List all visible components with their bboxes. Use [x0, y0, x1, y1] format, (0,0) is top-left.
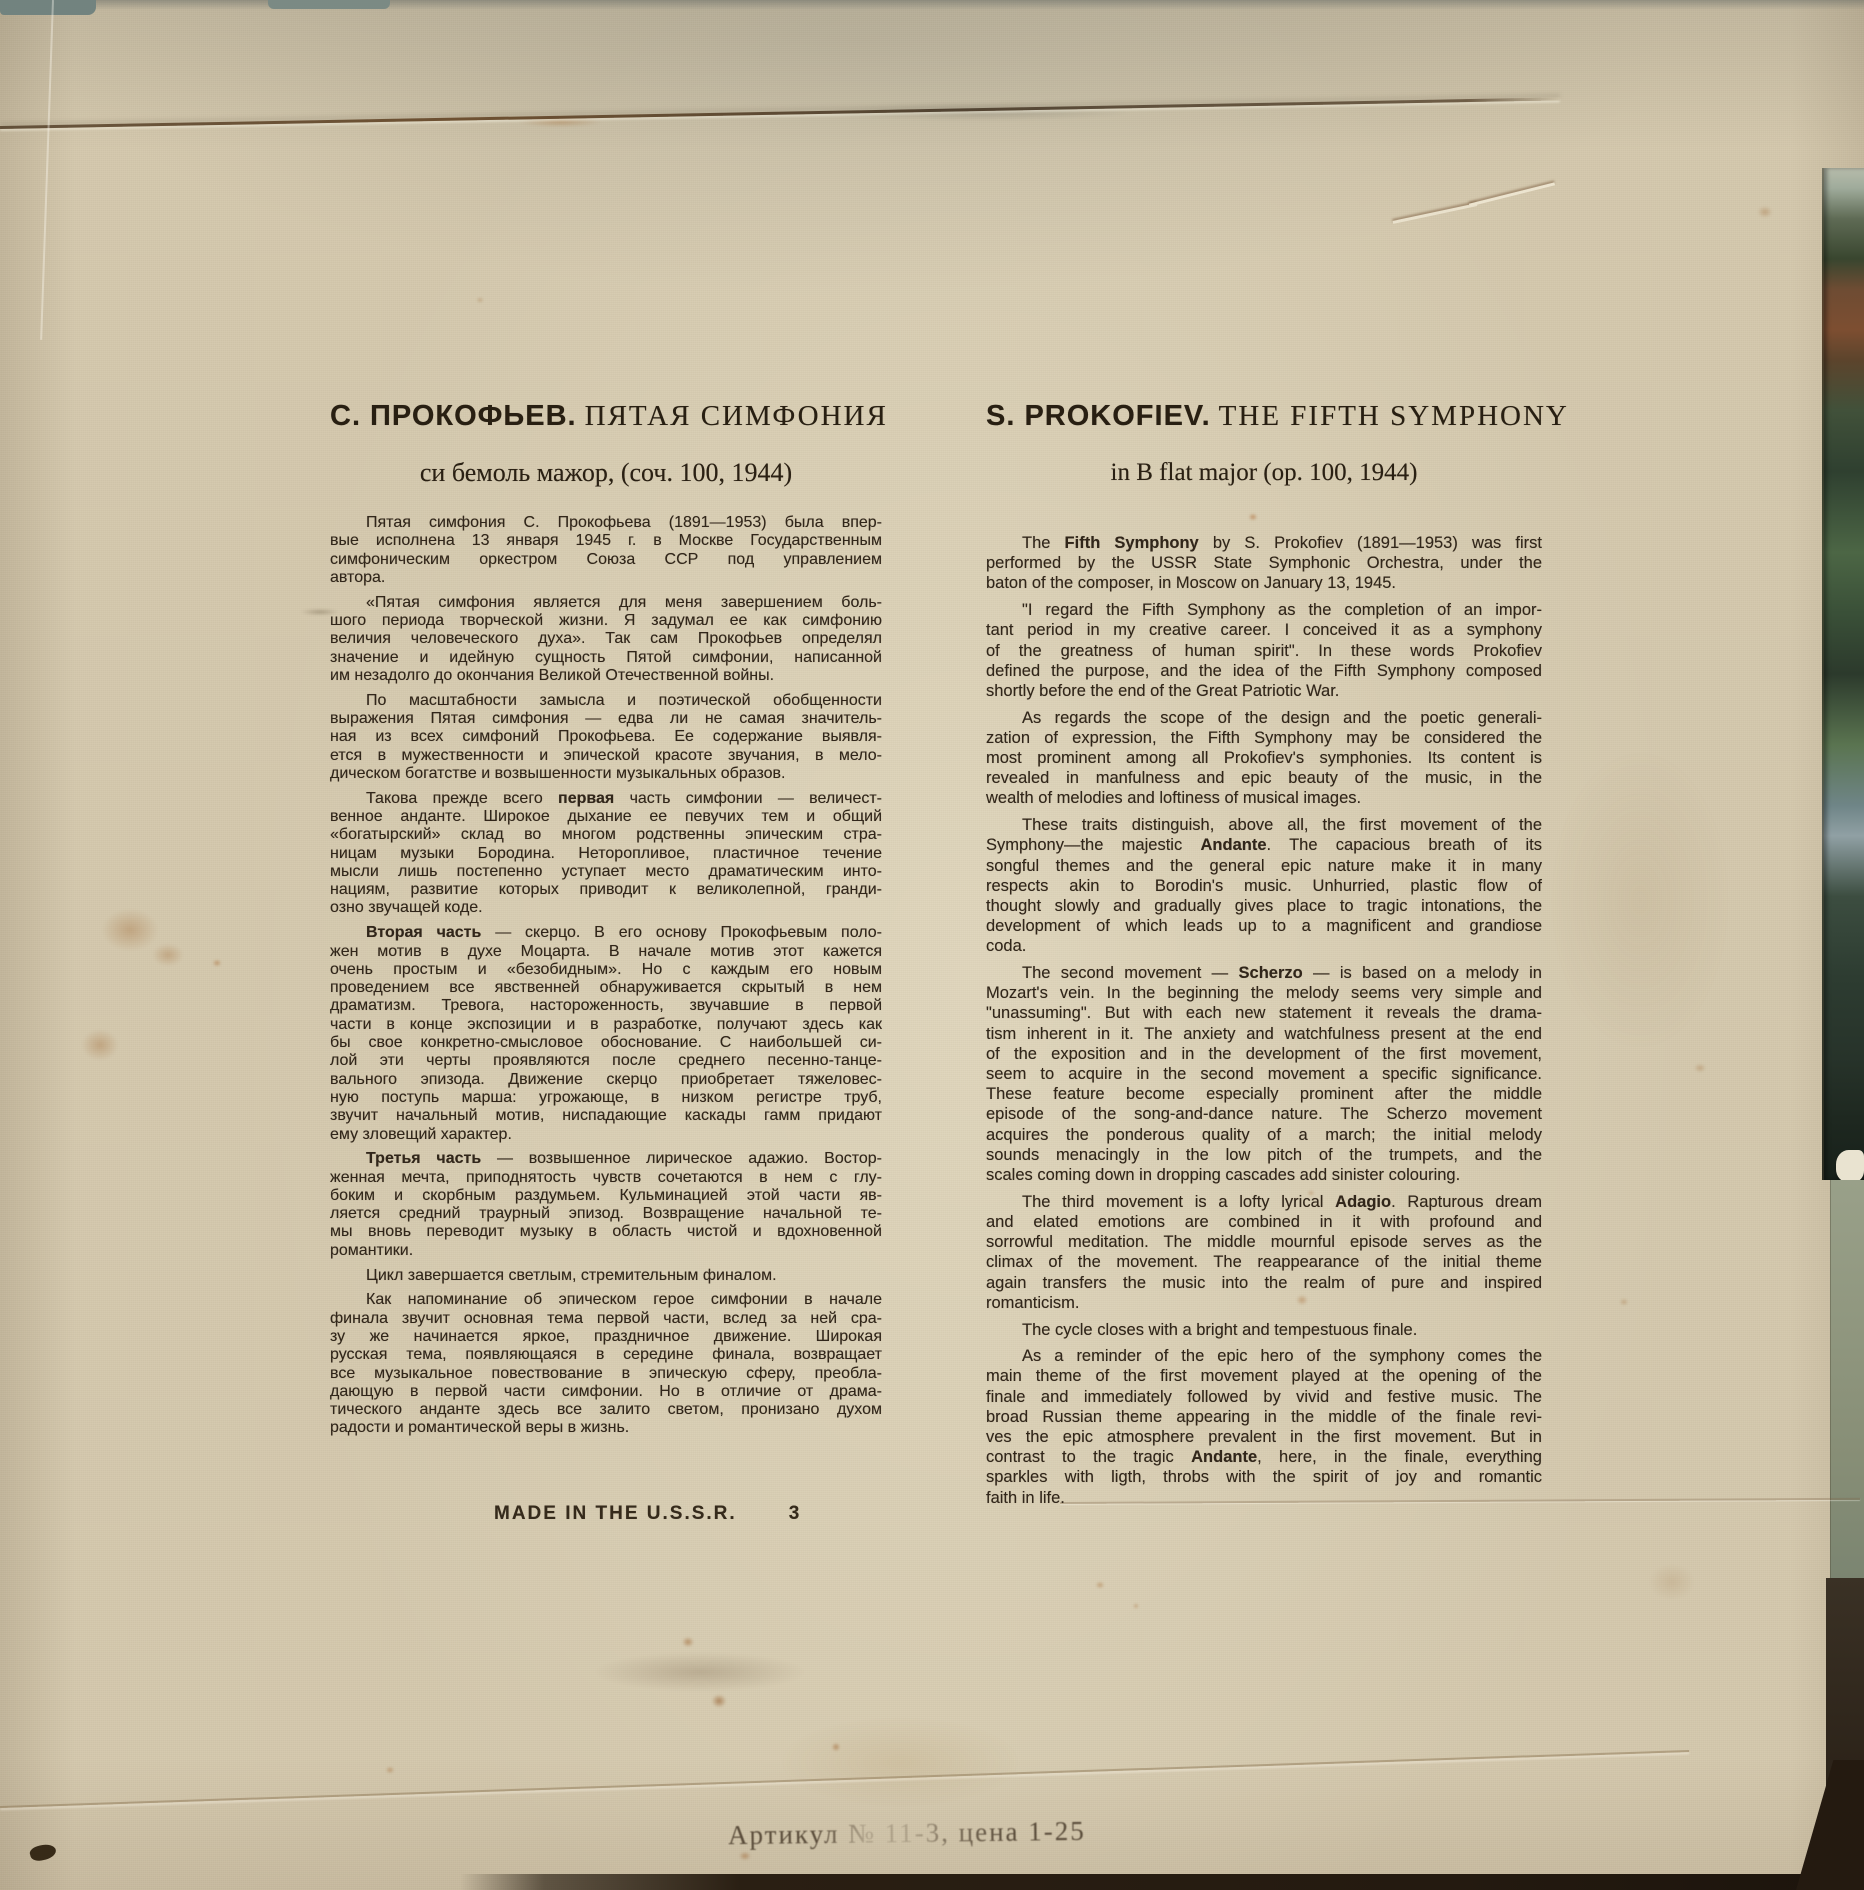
- english-liner-notes: The Fifth Symphony by S. Prokofiev (1891…: [986, 533, 1542, 1508]
- text-line: of the greatness of human spirit". In th…: [986, 641, 1542, 661]
- text-line: defined the purpose, and the idea of the…: [986, 661, 1542, 681]
- text-line: «Пятая симфония является для меня заверш…: [330, 594, 882, 612]
- text-line: Как напоминание об эпическом герое симфо…: [330, 1291, 882, 1309]
- text-line: выражения Пятая симфония — едва ли не са…: [330, 710, 882, 728]
- text-line: вые исполнена 13 января 1945 г. в Москве…: [330, 532, 882, 550]
- paragraph: As regards the scope of the design and t…: [986, 708, 1542, 809]
- text-line: проведением все явственней обнаруживаетс…: [330, 979, 882, 997]
- text-line: wealth of melodies and loftiness of musi…: [986, 788, 1542, 808]
- text-line: ная из всех симфоний Прокофьева. Ее соде…: [330, 728, 882, 746]
- text-line: romanticism.: [986, 1293, 1542, 1313]
- top-left-under-strip: [0, 0, 96, 15]
- text-line: Symphony—the majestic Andante. The capac…: [986, 835, 1542, 855]
- paragraph: The Fifth Symphony by S. Prokofiev (1891…: [986, 533, 1542, 594]
- text-line: драматизм. Тревога, настороженность, зву…: [330, 997, 882, 1015]
- text-line: As a reminder of the epic hero of the sy…: [986, 1346, 1542, 1366]
- text-line: tism inherent in it. The anxiety and wat…: [986, 1024, 1542, 1044]
- text-line: русская тема, появляющаяся в середине фи…: [330, 1346, 882, 1364]
- torn-paper-bit: [1836, 1150, 1864, 1182]
- text-line: performed by the USSR State Symphonic Or…: [986, 553, 1542, 573]
- text-line: боким и скорбным раздумьем. Кульминацией…: [330, 1187, 882, 1205]
- text-line: По масштабности замысла и поэтической об…: [330, 692, 882, 710]
- text-line: ему зловещий характер.: [330, 1126, 882, 1144]
- text-line: "unassuming". But with each new statemen…: [986, 1003, 1542, 1023]
- text-line: ves the epic atmosphere prevalent in the…: [986, 1427, 1542, 1447]
- text-line: zation of expression, the Fifth Symphony…: [986, 728, 1542, 748]
- text-line: respects akin to Borodin's music. Unhurr…: [986, 876, 1542, 896]
- text-line: sorrowful meditation. The middle mournfu…: [986, 1232, 1542, 1252]
- text-line: ляется средний траурный эпизод. Возвраще…: [330, 1205, 882, 1223]
- work-title-ru: ПЯТАЯ СИМФОНИЯ: [585, 400, 888, 432]
- text-line: shortly before the end of the Great Patr…: [986, 681, 1542, 701]
- text-line: финала звучит основная тема первой части…: [330, 1310, 882, 1328]
- under-sleeve-art-sliver: [1822, 168, 1864, 1180]
- russian-subtitle: си бемоль мажор, (соч. 100, 1944): [330, 458, 882, 488]
- paragraph: «Пятая симфония является для меня заверш…: [330, 594, 882, 685]
- text-line: «богатырский» склад во многом родственны…: [330, 826, 882, 844]
- text-line: baton of the composer, in Moscow on Janu…: [986, 573, 1542, 593]
- english-column: S. PROKOFIEV.THE FIFTH SYMPHONY in B fla…: [986, 398, 1542, 1508]
- text-line: These feature become especially prominen…: [986, 1084, 1542, 1104]
- text-line: очень простым и «безобидным». Но с кажды…: [330, 961, 882, 979]
- paragraph: Такова прежде всего первая часть симфони…: [330, 790, 882, 918]
- text-line: climax of the movement. The reappearance…: [986, 1252, 1542, 1272]
- text-line: радости и романтической веры в жизнь.: [330, 1419, 882, 1437]
- text-line: Пятая симфония С. Прокофьева (1891—1953)…: [330, 514, 882, 532]
- text-line: Цикл завершается светлым, стремительным …: [330, 1267, 882, 1285]
- text-line: тического анданте здесь все залито свето…: [330, 1401, 882, 1419]
- under-sleeve-lower-sliver: [1830, 1180, 1864, 1578]
- text-line: most prominent among all Prokofiev's sym…: [986, 748, 1542, 768]
- text-line: симфоническим оркестром Союза ССР под уп…: [330, 551, 882, 569]
- text-line: again transfers the music into the realm…: [986, 1273, 1542, 1293]
- russian-title: С. ПРОКОФЬЕВ.ПЯТАЯ СИМФОНИЯ: [330, 398, 882, 434]
- text-line: faith in life.: [986, 1488, 1542, 1508]
- text-line: все музыкальное повествование в эпическу…: [330, 1365, 882, 1383]
- english-subtitle: in B flat major (op. 100, 1944): [986, 458, 1542, 488]
- text-line: The Fifth Symphony by S. Prokofiev (1891…: [986, 533, 1542, 553]
- top-mid-under-strip: [268, 0, 390, 9]
- paragraph: Пятая симфония С. Прокофьева (1891—1953)…: [330, 514, 882, 587]
- text-line: revealed in manfulness and epic beauty o…: [986, 768, 1542, 788]
- text-line: женная мечта, приподнятость чувств сочет…: [330, 1169, 882, 1187]
- paragraph: These traits distinguish, above all, the…: [986, 815, 1542, 956]
- paragraph: The third movement is a lofty lyrical Ad…: [986, 1192, 1542, 1313]
- text-line: величия человеческого духа». Так сам Про…: [330, 630, 882, 648]
- paragraph: Цикл завершается светлым, стремительным …: [330, 1267, 882, 1285]
- text-line: лой эти черты проявляются после среднего…: [330, 1052, 882, 1070]
- text-line: значение и идейную сущность Пятой симфон…: [330, 649, 882, 667]
- text-line: As regards the scope of the design and t…: [986, 708, 1542, 728]
- text-line: части в конце экспозиции и в разработке,…: [330, 1016, 882, 1034]
- text-line: seem to acquire in the second movement a…: [986, 1064, 1542, 1084]
- text-line: songful themes and the general epic natu…: [986, 856, 1542, 876]
- russian-column: С. ПРОКОФЬЕВ.ПЯТАЯ СИМФОНИЯ си бемоль ма…: [330, 398, 882, 1438]
- english-title: S. PROKOFIEV.THE FIFTH SYMPHONY: [986, 398, 1542, 434]
- composer-name-en: S. PROKOFIEV.: [986, 400, 1211, 432]
- text-line: sounds menacingly in the low pitch of th…: [986, 1145, 1542, 1165]
- paragraph: Третья часть — возвышенное лирическое ад…: [330, 1150, 882, 1260]
- text-line: These traits distinguish, above all, the…: [986, 815, 1542, 835]
- footer-line: MADE IN THE U.S.S.R.3: [494, 1503, 799, 1525]
- paragraph: "I regard the Fifth Symphony as the comp…: [986, 600, 1542, 701]
- text-line: The third movement is a lofty lyrical Ad…: [986, 1192, 1542, 1212]
- text-line: ницам музыки Бородина. Неторопливое, пла…: [330, 845, 882, 863]
- text-line: нациям, развитие которых приводит к вели…: [330, 881, 882, 899]
- text-line: episode of the song-and-dance nature. Th…: [986, 1104, 1542, 1124]
- catalog-price-stamp: Артикул № 11-3, цена 1-25: [728, 1816, 1086, 1851]
- paragraph: The cycle closes with a bright and tempe…: [986, 1320, 1542, 1340]
- text-line: звучит начальный мотив, ниспадающие каск…: [330, 1107, 882, 1125]
- text-line: ную поступь марша: угрожающе, в низком р…: [330, 1089, 882, 1107]
- paragraph: Вторая часть — скерцо. В его основу Прок…: [330, 924, 882, 1144]
- russian-liner-notes: Пятая симфония С. Прокофьева (1891—1953)…: [330, 514, 882, 1438]
- made-in-ussr-label: MADE IN THE U.S.S.R.: [494, 1503, 737, 1524]
- text-line: мы вновь переводит музыку в область чист…: [330, 1223, 882, 1241]
- text-line: бы свое конкретно-смысловое обоснование.…: [330, 1034, 882, 1052]
- text-line: ется в мужественности и эпической красот…: [330, 747, 882, 765]
- paragraph: По масштабности замысла и поэтической об…: [330, 692, 882, 783]
- text-line: sparkles with ligth, throbs with the spi…: [986, 1467, 1542, 1487]
- work-title-en: THE FIFTH SYMPHONY: [1219, 400, 1569, 432]
- text-line: The second movement — Scherzo — is based…: [986, 963, 1542, 983]
- text-line: шого периода творческой жизни. Я задумал…: [330, 612, 882, 630]
- text-line: романтики.: [330, 1242, 882, 1260]
- text-line: Третья часть — возвышенное лирическое ад…: [330, 1150, 882, 1168]
- text-line: мысли лишь постепенно уступает место дра…: [330, 863, 882, 881]
- bottom-background-strip: [460, 1874, 1864, 1890]
- text-line: венное анданте. Широкое дыхание ее певуч…: [330, 808, 882, 826]
- text-line: main theme of the first movement played …: [986, 1366, 1542, 1386]
- text-line: The cycle closes with a bright and tempe…: [986, 1320, 1542, 1340]
- text-line: Такова прежде всего первая часть симфони…: [330, 790, 882, 808]
- text-line: озно звучащей коде.: [330, 899, 882, 917]
- text-line: of the exposition and in the development…: [986, 1044, 1542, 1064]
- paragraph: Как напоминание об эпическом герое симфо…: [330, 1291, 882, 1437]
- text-line: Mozart's vein. In the beginning the melo…: [986, 983, 1542, 1003]
- text-line: and elated emotions are combined in it w…: [986, 1212, 1542, 1232]
- text-line: жен мотив в духе Моцарта. В начале мотив…: [330, 943, 882, 961]
- text-line: вального эпизода. Движение скерцо приобр…: [330, 1071, 882, 1089]
- text-line: автора.: [330, 569, 882, 587]
- page-number: 3: [789, 1503, 800, 1524]
- text-line: development of which leads up to a magni…: [986, 916, 1542, 936]
- text-line: coda.: [986, 936, 1542, 956]
- text-line: contrast to the tragic Andante, here, in…: [986, 1447, 1542, 1467]
- composer-name-ru: С. ПРОКОФЬЕВ.: [330, 400, 577, 432]
- text-line: им незадолго до окончания Великой Отечес…: [330, 667, 882, 685]
- paragraph: As a reminder of the epic hero of the sy…: [986, 1346, 1542, 1508]
- text-line: зу же начинается яркое, праздничное движ…: [330, 1328, 882, 1346]
- text-line: thought slowly and gradually gives place…: [986, 896, 1542, 916]
- stains-overlay: [0, 0, 1864, 1890]
- photo-of-record-sleeve-back: С. ПРОКОФЬЕВ.ПЯТАЯ СИМФОНИЯ си бемоль ма…: [0, 0, 1864, 1890]
- text-line: acquires the ponderous quality of a marc…: [986, 1125, 1542, 1145]
- text-line: дающую в первой части симфонии. Но в отл…: [330, 1383, 882, 1401]
- text-line: finale and immediately followed by vivid…: [986, 1387, 1542, 1407]
- paragraph: The second movement — Scherzo — is based…: [986, 963, 1542, 1185]
- text-line: scales coming down in dropping cascades …: [986, 1165, 1542, 1185]
- text-line: "I regard the Fifth Symphony as the comp…: [986, 600, 1542, 620]
- text-line: tant period in my creative career. I con…: [986, 620, 1542, 640]
- text-line: broad Russian theme appearing in the mid…: [986, 1407, 1542, 1427]
- text-line: Вторая часть — скерцо. В его основу Прок…: [330, 924, 882, 942]
- text-line: дическом богатстве и возвышенности музык…: [330, 765, 882, 783]
